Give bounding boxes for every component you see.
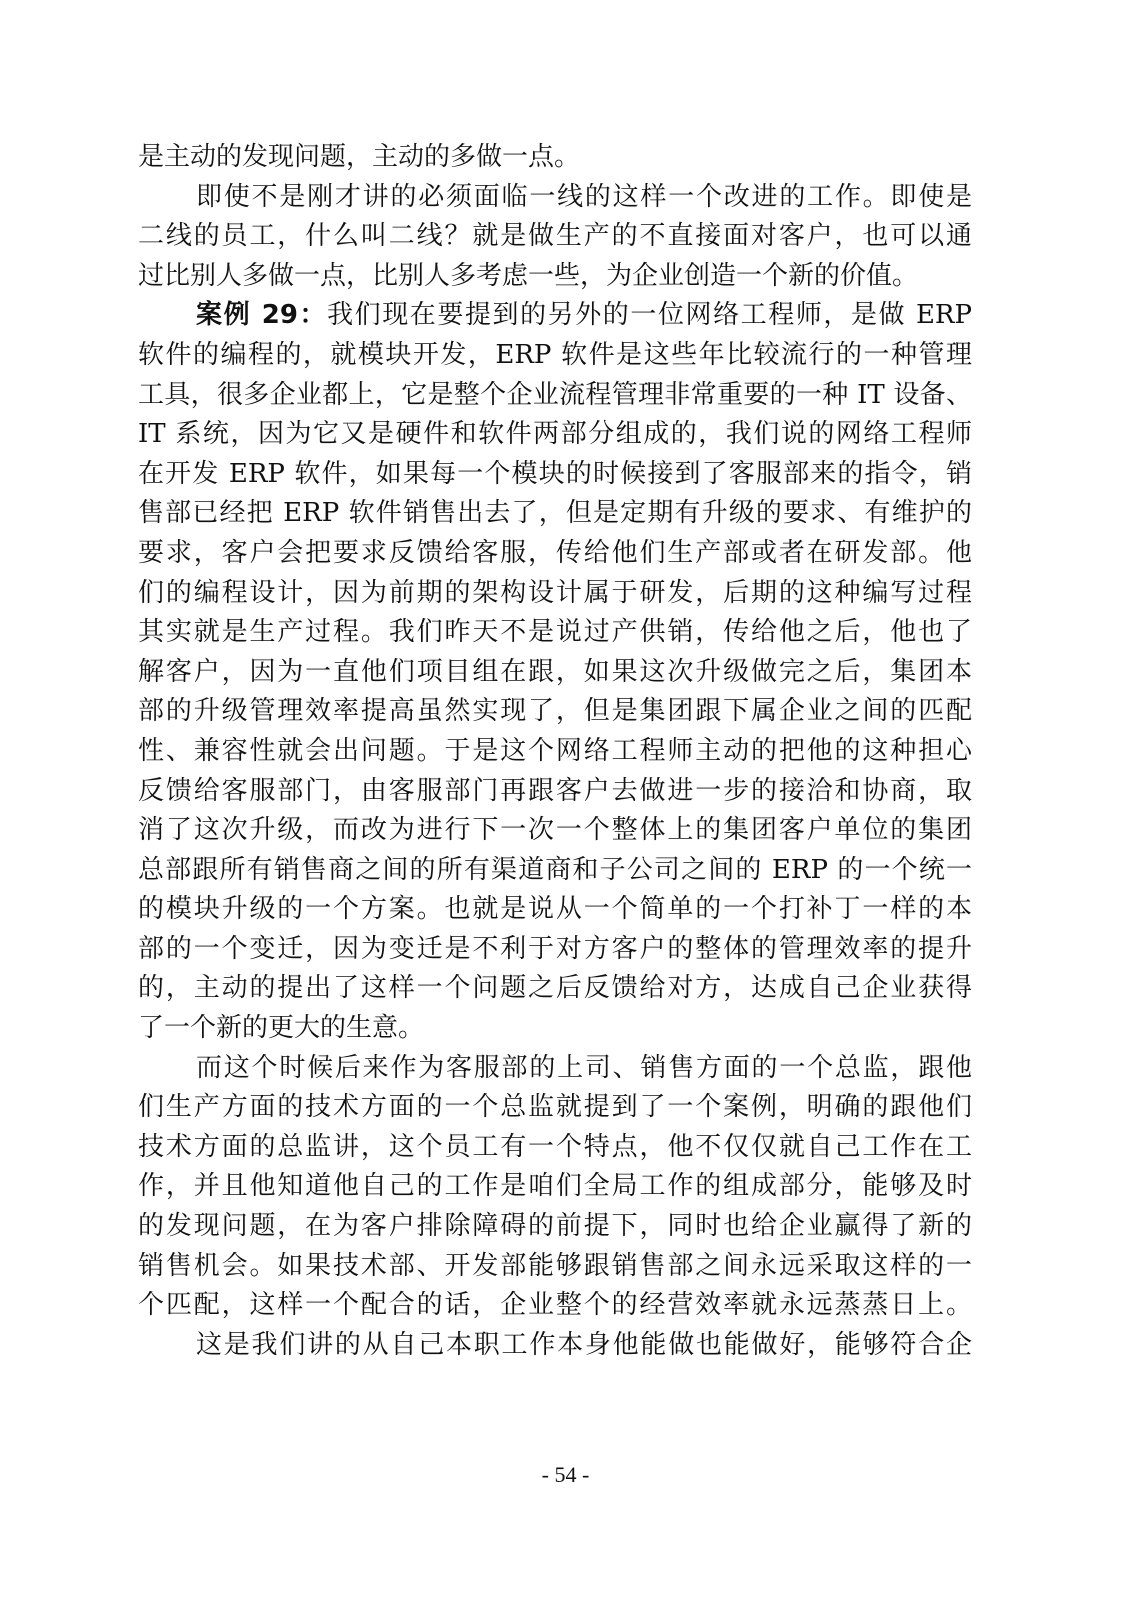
paragraph: 是主动的发现问题，主动的多做一点。	[138, 138, 972, 178]
text-line: 二线的员工，什么叫二线？就是做生产的不直接面对客户，也可以通	[138, 217, 972, 257]
text-line: 性、兼容性就会出问题。于是这个网络工程师主动的把他的这种担心	[138, 732, 972, 772]
text-line: 要求，客户会把要求反馈给客服，传给他们生产部或者在研发部。他	[138, 534, 972, 574]
paragraph: 而这个时候后来作为客服部的上司、销售方面的一个总监，跟他 们生产方面的技术方面的…	[138, 1049, 972, 1326]
text-line: 过比别人多做一点，比别人多考虑一些，为企业创造一个新的价值。	[138, 257, 972, 297]
text-line: 在开发 ERP 软件，如果每一个模块的时候接到了客服部来的指令，销	[138, 455, 972, 495]
text-line: 总部跟所有销售商之间的所有渠道商和子公司之间的 ERP 的一个统一	[138, 851, 972, 891]
case-label: 案例 29：	[196, 300, 327, 330]
document-page: 是主动的发现问题，主动的多做一点。 即使不是刚才讲的必须面临一线的这样一个改进的…	[0, 0, 1131, 1600]
text-line: 个匹配，这样一个配合的话，企业整个的经营效率就永远蒸蒸日上。	[138, 1286, 972, 1326]
text-line: 技术方面的总监讲，这个员工有一个特点，他不仅仅就自己工作在工	[138, 1128, 972, 1168]
text-line: 案例 29：我们现在要提到的另外的一位网络工程师，是做 ERP	[138, 296, 972, 336]
text-line: 是主动的发现问题，主动的多做一点。	[138, 138, 972, 178]
text-line: 反馈给客服部门，由客服部门再跟客户去做进一步的接洽和协商，取	[138, 772, 972, 812]
text-line: 们的编程设计，因为前期的架构设计属于研发，后期的这种编写过程	[138, 574, 972, 614]
text-line: 的模块升级的一个方案。也就是说从一个简单的一个打补丁一样的本	[138, 890, 972, 930]
text-line: 了一个新的更大的生意。	[138, 1009, 972, 1049]
text-line: 消了这次升级，而改为进行下一次一个整体上的集团客户单位的集团	[138, 811, 972, 851]
text-line: 软件的编程的，就模块开发，ERP 软件是这些年比较流行的一种管理	[138, 336, 972, 376]
body-text: 是主动的发现问题，主动的多做一点。 即使不是刚才讲的必须面临一线的这样一个改进的…	[138, 138, 972, 1365]
page-number: - 54 -	[0, 1462, 1131, 1488]
text-line: 部的一个变迁，因为变迁是不利于对方客户的整体的管理效率的提升	[138, 930, 972, 970]
text-line: 们生产方面的技术方面的一个总监就提到了一个案例，明确的跟他们	[138, 1088, 972, 1128]
paragraph-case-29: 案例 29：我们现在要提到的另外的一位网络工程师，是做 ERP 软件的编程的，就…	[138, 296, 972, 1048]
text-line: 部的升级管理效率提高虽然实现了，但是集团跟下属企业之间的匹配	[138, 692, 972, 732]
text-line-content: 我们现在要提到的另外的一位网络工程师，是做 ERP	[327, 300, 972, 330]
text-line: 售部已经把 ERP 软件销售出去了，但是定期有升级的要求、有维护的	[138, 494, 972, 534]
text-line: 即使不是刚才讲的必须面临一线的这样一个改进的工作。即使是	[138, 178, 972, 218]
text-line: 解客户，因为一直他们项目组在跟，如果这次升级做完之后，集团本	[138, 653, 972, 693]
paragraph: 这是我们讲的从自己本职工作本身他能做也能做好，能够符合企	[138, 1326, 972, 1366]
text-line: 的发现问题，在为客户排除障碍的前提下，同时也给企业赢得了新的	[138, 1207, 972, 1247]
text-line: 这是我们讲的从自己本职工作本身他能做也能做好，能够符合企	[138, 1326, 972, 1366]
text-line: IT 系统，因为它又是硬件和软件两部分组成的，我们说的网络工程师	[138, 415, 972, 455]
text-line: 作，并且他知道他自己的工作是咱们全局工作的组成部分，能够及时	[138, 1167, 972, 1207]
text-line: 而这个时候后来作为客服部的上司、销售方面的一个总监，跟他	[138, 1049, 972, 1089]
paragraph: 即使不是刚才讲的必须面临一线的这样一个改进的工作。即使是 二线的员工，什么叫二线…	[138, 178, 972, 297]
text-line: 销售机会。如果技术部、开发部能够跟销售部之间永远采取这样的一	[138, 1247, 972, 1287]
text-line: 的，主动的提出了这样一个问题之后反馈给对方，达成自己企业获得	[138, 969, 972, 1009]
text-line: 工具，很多企业都上，它是整个企业流程管理非常重要的一种 IT 设备、	[138, 376, 972, 416]
text-line: 其实就是生产过程。我们昨天不是说过产供销，传给他之后，他也了	[138, 613, 972, 653]
